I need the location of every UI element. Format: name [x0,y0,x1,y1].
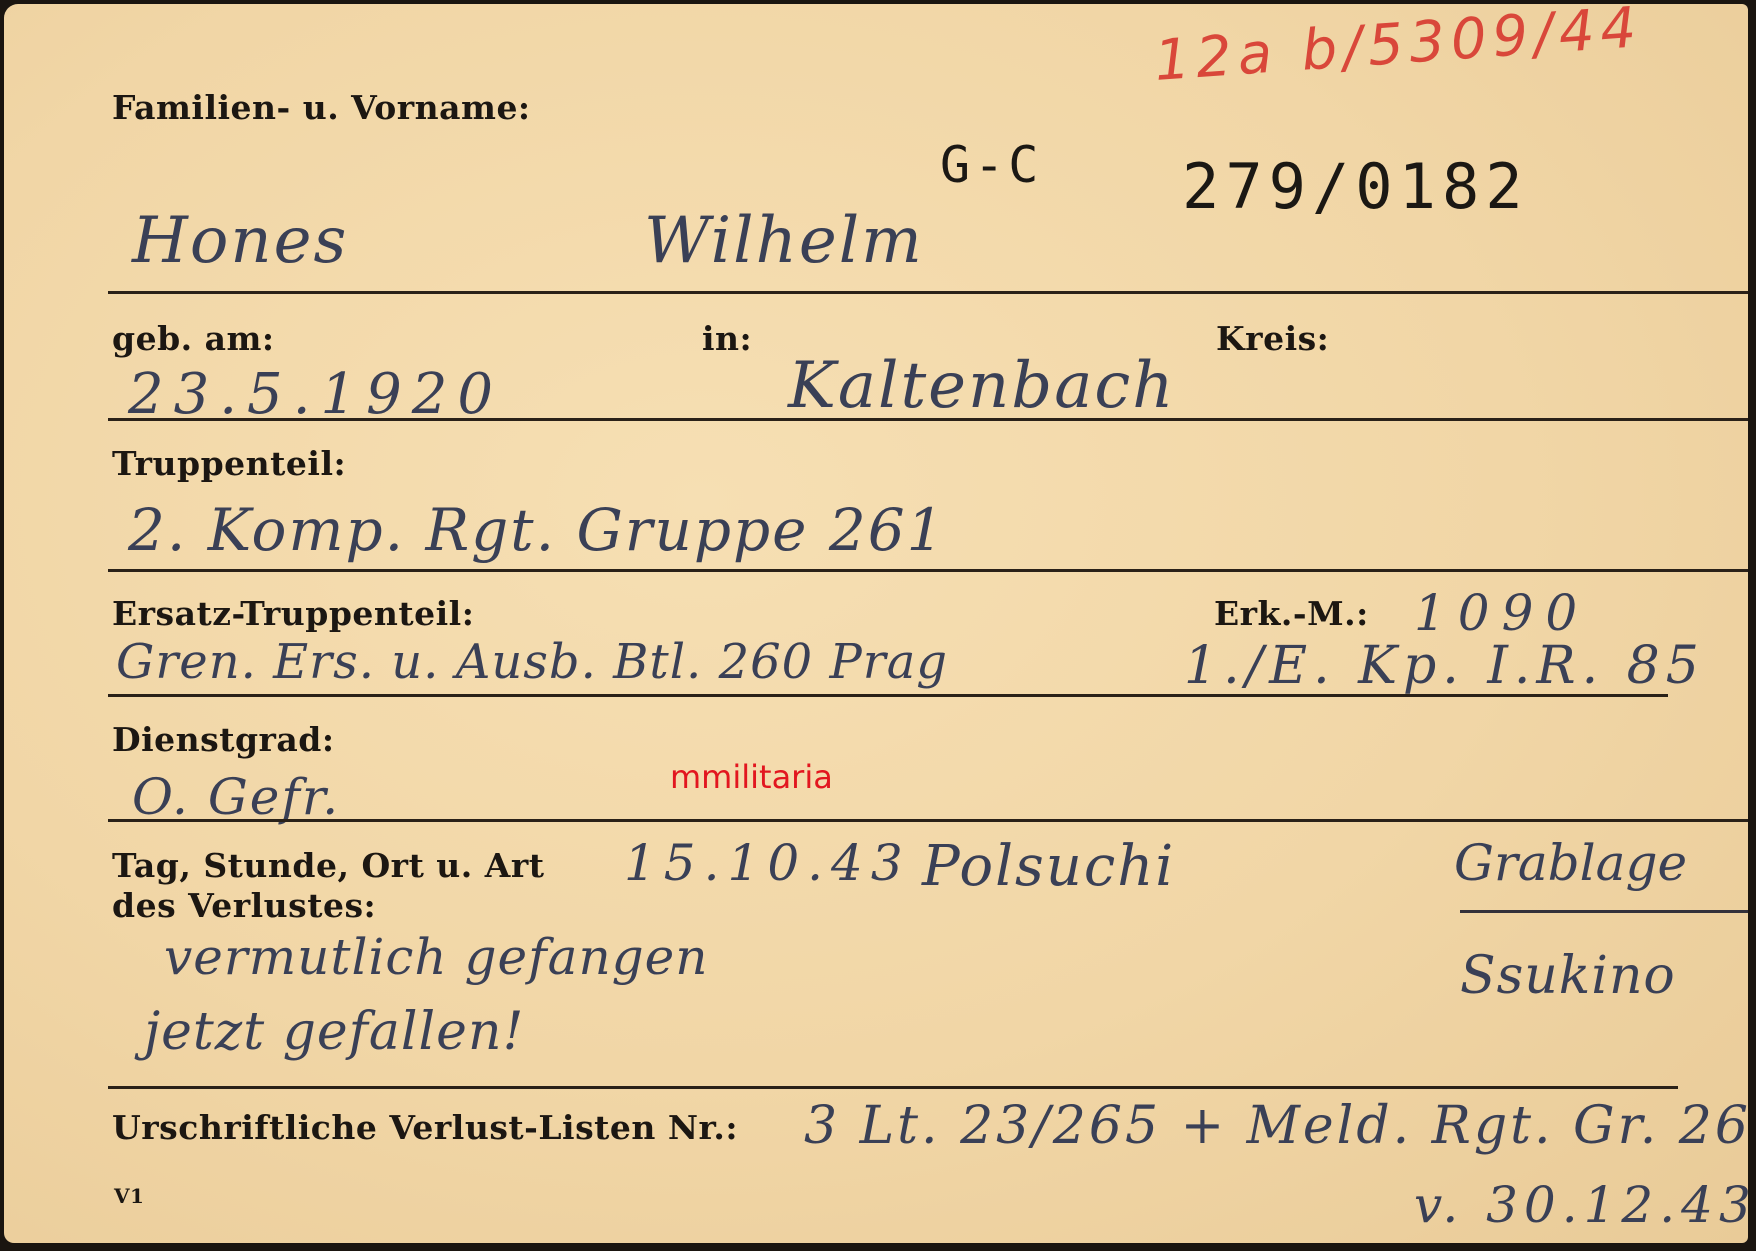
unit-value: 2. Komp. Rgt. Gruppe 261 [128,496,946,564]
loss-label-line2: des Verlustes: [112,886,376,925]
birth-place-value: Kaltenbach [788,349,1175,423]
divider-unit [108,569,1748,572]
divider-loss [108,1086,1678,1089]
stamp-prefix: G-C [940,136,1042,194]
stamp-number: 279/0182 [1182,150,1529,223]
loss-label-line1: Tag, Stunde, Ort u. Art [112,846,545,885]
loss-lists-value-line2: v. 30.12.43 [1414,1176,1748,1234]
id-tag-unit: 1./E. Kp. I.R. 85 [1184,636,1705,696]
form-code: V1 [114,1184,144,1208]
watermark: mmilitaria [670,758,833,796]
divider-name [108,291,1748,294]
rank-label: Dienstgrad: [112,720,335,759]
birth-date-label: geb. am: [112,319,275,358]
surname-value: Hones [132,204,348,278]
loss-note-line2: jetzt gefallen! [144,1002,524,1062]
loss-record-card: 12a b/5309/44 G-C 279/0182 Familien- u. … [4,4,1748,1243]
loss-place: Polsuchi [922,834,1175,899]
name-label: Familien- u. Vorname: [112,88,531,127]
given-name-value: Wilhelm [644,204,924,278]
rank-value: O. Gefr. [132,768,340,826]
replacement-unit-label: Ersatz-Truppenteil: [112,594,474,633]
id-tag-label: Erk.-M.: [1214,594,1369,633]
id-tag-number: 1090 [1414,584,1589,642]
unit-label: Truppenteil: [112,444,346,483]
loss-place-alt: Ssukino [1460,946,1676,1006]
loss-lists-label: Urschriftliche Verlust-Listen Nr.: [112,1108,738,1147]
loss-place-struck: Grablage [1454,834,1687,892]
divider-rank [108,819,1748,822]
divider-birth [108,418,1748,421]
loss-lists-value-line1: 3 Lt. 23/265 + Meld. Rgt. Gr. 261 [804,1096,1748,1156]
strike-underline [1460,910,1748,913]
loss-date: 15.10.43 [624,834,911,892]
loss-note-line1: vermutlich gefangen [164,928,708,986]
red-archive-reference: 12a b/5309/44 [1152,4,1644,94]
district-label: Kreis: [1216,319,1329,358]
birth-place-label: in: [702,319,752,358]
replacement-unit-value: Gren. Ers. u. Ausb. Btl. 260 Prag [116,634,948,690]
divider-replacement-unit [108,694,1668,697]
